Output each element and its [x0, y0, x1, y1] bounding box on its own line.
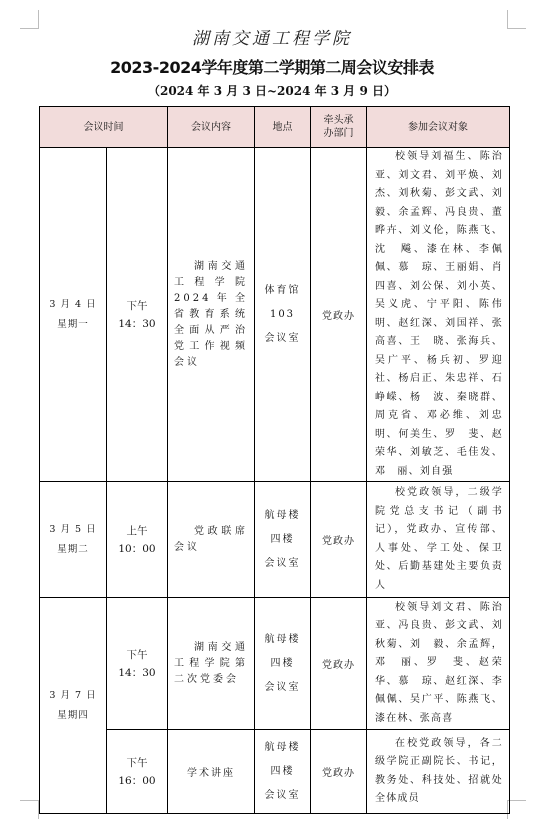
header-dept-line2: 办部门: [311, 127, 366, 140]
table-row: 3 月 7 日 星期四 下午 14：30 湖南交通工程学院第二次党委会 航母楼 …: [40, 598, 510, 730]
location-line: 航母楼: [255, 736, 310, 760]
location-line: 会议室: [255, 327, 310, 351]
location-line: 会议室: [255, 676, 310, 700]
school-name: 湖南交通工程学院: [0, 24, 544, 49]
time: 10：00: [107, 540, 167, 558]
header-row: 会议时间 会议内容 地点 牵头承 办部门 参加会议对象: [40, 107, 510, 148]
location-cell: 体育馆 103 会议室: [255, 148, 311, 482]
table-row: 3 月 4 日 星期一 下午 14：30 湖南交通工程学院2024年全省教育系统…: [40, 148, 510, 482]
location-line: 会议室: [255, 552, 310, 576]
content-cell: 学术讲座: [168, 730, 255, 814]
content-cell: 湖南交通工程学院2024年全省教育系统全面从严治党工作视频会议: [168, 148, 255, 482]
period: 下午: [107, 646, 167, 664]
location-cell: 航母楼 四楼 会议室: [255, 482, 311, 598]
location-line: 四楼: [255, 528, 310, 552]
page-corner-mark-bottom-left: [20, 800, 39, 819]
meeting-schedule-table: 会议时间 会议内容 地点 牵头承 办部门 参加会议对象 3 月 4 日 星期一 …: [39, 106, 510, 814]
time-cell: 下午 16：00: [107, 730, 168, 814]
period: 上午: [107, 522, 167, 540]
location-line: 航母楼: [255, 504, 310, 528]
header-time: 会议时间: [40, 107, 168, 148]
attendees-cell: 校领导刘福生、陈治亚、刘文君、刘平焕、刘 杰、刘秋菊、彭文武、刘 毅、余孟辉、冯…: [367, 148, 510, 482]
table-row: 3 月 5 日 星期二 上午 10：00 党政联席会议 航母楼 四楼 会议室 党…: [40, 482, 510, 598]
time: 14：30: [107, 664, 167, 682]
date: 3 月 4 日: [40, 295, 106, 315]
time: 14：30: [107, 315, 167, 333]
attendees-cell: 在校党政领导，各二级学院正副院长、书记，教务处、科技处、招就处全体成员: [367, 730, 510, 814]
location-line: 会议室: [255, 784, 310, 808]
attendees-cell: 校党政领导，二级学院党总支书记（副书记），党政办、宣传部、人事处、学工处、保卫处…: [367, 482, 510, 598]
dept-cell: 党政办: [311, 598, 367, 730]
time-cell: 上午 10：00: [107, 482, 168, 598]
location-line: 103: [255, 303, 310, 327]
date-range: （2024 年 3 月 3 日~2024 年 3 月 9 日）: [0, 82, 544, 99]
weekday: 星期二: [40, 540, 106, 560]
header-dept: 牵头承 办部门: [311, 107, 367, 148]
table-row: 下午 16：00 学术讲座 航母楼 四楼 会议室 党政办 在校党政领导，各二级学…: [40, 730, 510, 814]
header-dept-line1: 牵头承: [311, 114, 366, 127]
period: 下午: [107, 754, 167, 772]
location-line: 四楼: [255, 652, 310, 676]
location-line: 体育馆: [255, 279, 310, 303]
weekday: 星期一: [40, 315, 106, 335]
date-cell: 3 月 4 日 星期一: [40, 148, 107, 482]
document-title: 2023-2024学年度第二学期第二周会议安排表: [0, 55, 544, 78]
header-content: 会议内容: [168, 107, 255, 148]
time-cell: 下午 14：30: [107, 148, 168, 482]
date-cell: 3 月 5 日 星期二: [40, 482, 107, 598]
date-cell: 3 月 7 日 星期四: [40, 598, 107, 814]
location-line: 航母楼: [255, 628, 310, 652]
time: 16：00: [107, 772, 167, 790]
dept-cell: 党政办: [311, 730, 367, 814]
time-cell: 下午 14：30: [107, 598, 168, 730]
content-cell: 湖南交通工程学院第二次党委会: [168, 598, 255, 730]
location-line: 四楼: [255, 760, 310, 784]
dept-cell: 党政办: [311, 148, 367, 482]
location-cell: 航母楼 四楼 会议室: [255, 598, 311, 730]
content-cell: 党政联席会议: [168, 482, 255, 598]
date: 3 月 5 日: [40, 520, 106, 540]
header-location: 地点: [255, 107, 311, 148]
location-cell: 航母楼 四楼 会议室: [255, 730, 311, 814]
date: 3 月 7 日: [40, 686, 106, 706]
header-attendees: 参加会议对象: [367, 107, 510, 148]
weekday: 星期四: [40, 706, 106, 726]
attendees-cell: 校领导刘文君、陈治亚、冯良贵、彭文武、刘秋菊、刘 毅、余孟辉，邓 丽、罗 斐、赵…: [367, 598, 510, 730]
period: 下午: [107, 297, 167, 315]
dept-cell: 党政办: [311, 482, 367, 598]
